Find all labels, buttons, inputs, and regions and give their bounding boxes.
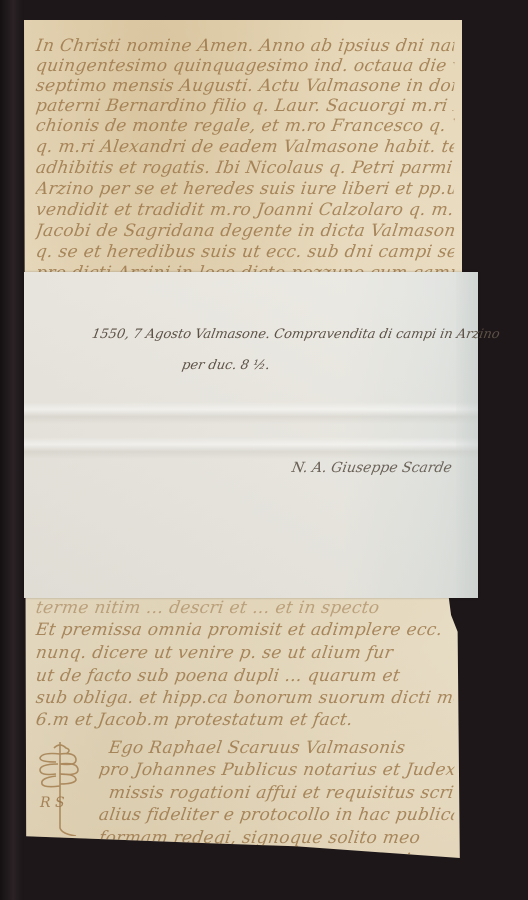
slip-signature: N. A. Giuseppe Scarde [291,460,454,476]
manuscript-line: Jacobi de Sagridana degente in dicta Val… [35,221,456,241]
manuscript-line: q. m.ri Alexandri de eadem Valmasone hab… [35,137,456,157]
binding-edge [0,0,24,900]
manuscript-line: ut de facto sub poena dupli ... quarum e… [35,666,456,686]
manuscript-line: septimo mensis Augusti. Actu Valmasone i… [35,76,456,96]
slip-note-date-line: 1550, 7 Agosto Valmasone. Compravendita … [91,327,501,342]
manuscript-line: Et premissa omnia promisit et adimplere … [35,620,456,640]
manuscript-line: quingentesimo quinquagesimo ind. octaua … [35,56,456,76]
notary-signum-icon [36,740,82,836]
slip-fold [24,437,478,459]
manuscript-line: paterni Bernardino filio q. Laur. Sacuor… [35,96,456,116]
manuscript-line: terme nitim ... descri et ... et in spec… [35,598,456,618]
manuscript-line: adhibitis et rogatis. Ibi Nicolaus q. Pe… [35,158,456,178]
inserted-paper-slip: 1550, 7 Agosto Valmasone. Compravendita … [24,272,478,598]
manuscript-line: Arzino per se et heredes suis iure liber… [35,179,456,199]
subscription-line: pro Johannes Publicus notarius et Judex … [98,760,456,780]
subscription-line: formam redegi, signoque solito meo [98,828,456,848]
manuscript-line: vendidit et tradidit m.ro Joanni Calzola… [35,200,456,220]
subscription-line: subscripsi solitoque signo signaui [108,850,456,870]
manuscript-line: In Christi nomine Amen. Anno ab ipsius d… [35,36,456,56]
manuscript-line: chionis de monte regale, et m.ro Frances… [35,116,456,136]
notary-initials: R S [40,795,65,811]
manuscript-line: sub obliga. et hipp.ca bonorum suorum di… [35,688,456,708]
manuscript-line: q. se et heredibus suis ut ecc. sub dni … [35,242,456,262]
manuscript-line: 6.m et Jacob.m protestatum et fact. [35,710,456,730]
slip-fold [24,402,478,424]
subscription-line: alius fideliter e protocollo in hac publ… [98,805,456,825]
slip-note-price: per duc. 8 ½. [181,358,271,373]
subscription-line: Ego Raphael Scaruus Valmasonis [108,738,456,758]
slip-edge [456,272,478,598]
subscription-line: missis rogationi affui et requisitus scr… [108,783,456,803]
manuscript-line: nunq. dicere ut venire p. se ut alium fu… [35,643,456,663]
